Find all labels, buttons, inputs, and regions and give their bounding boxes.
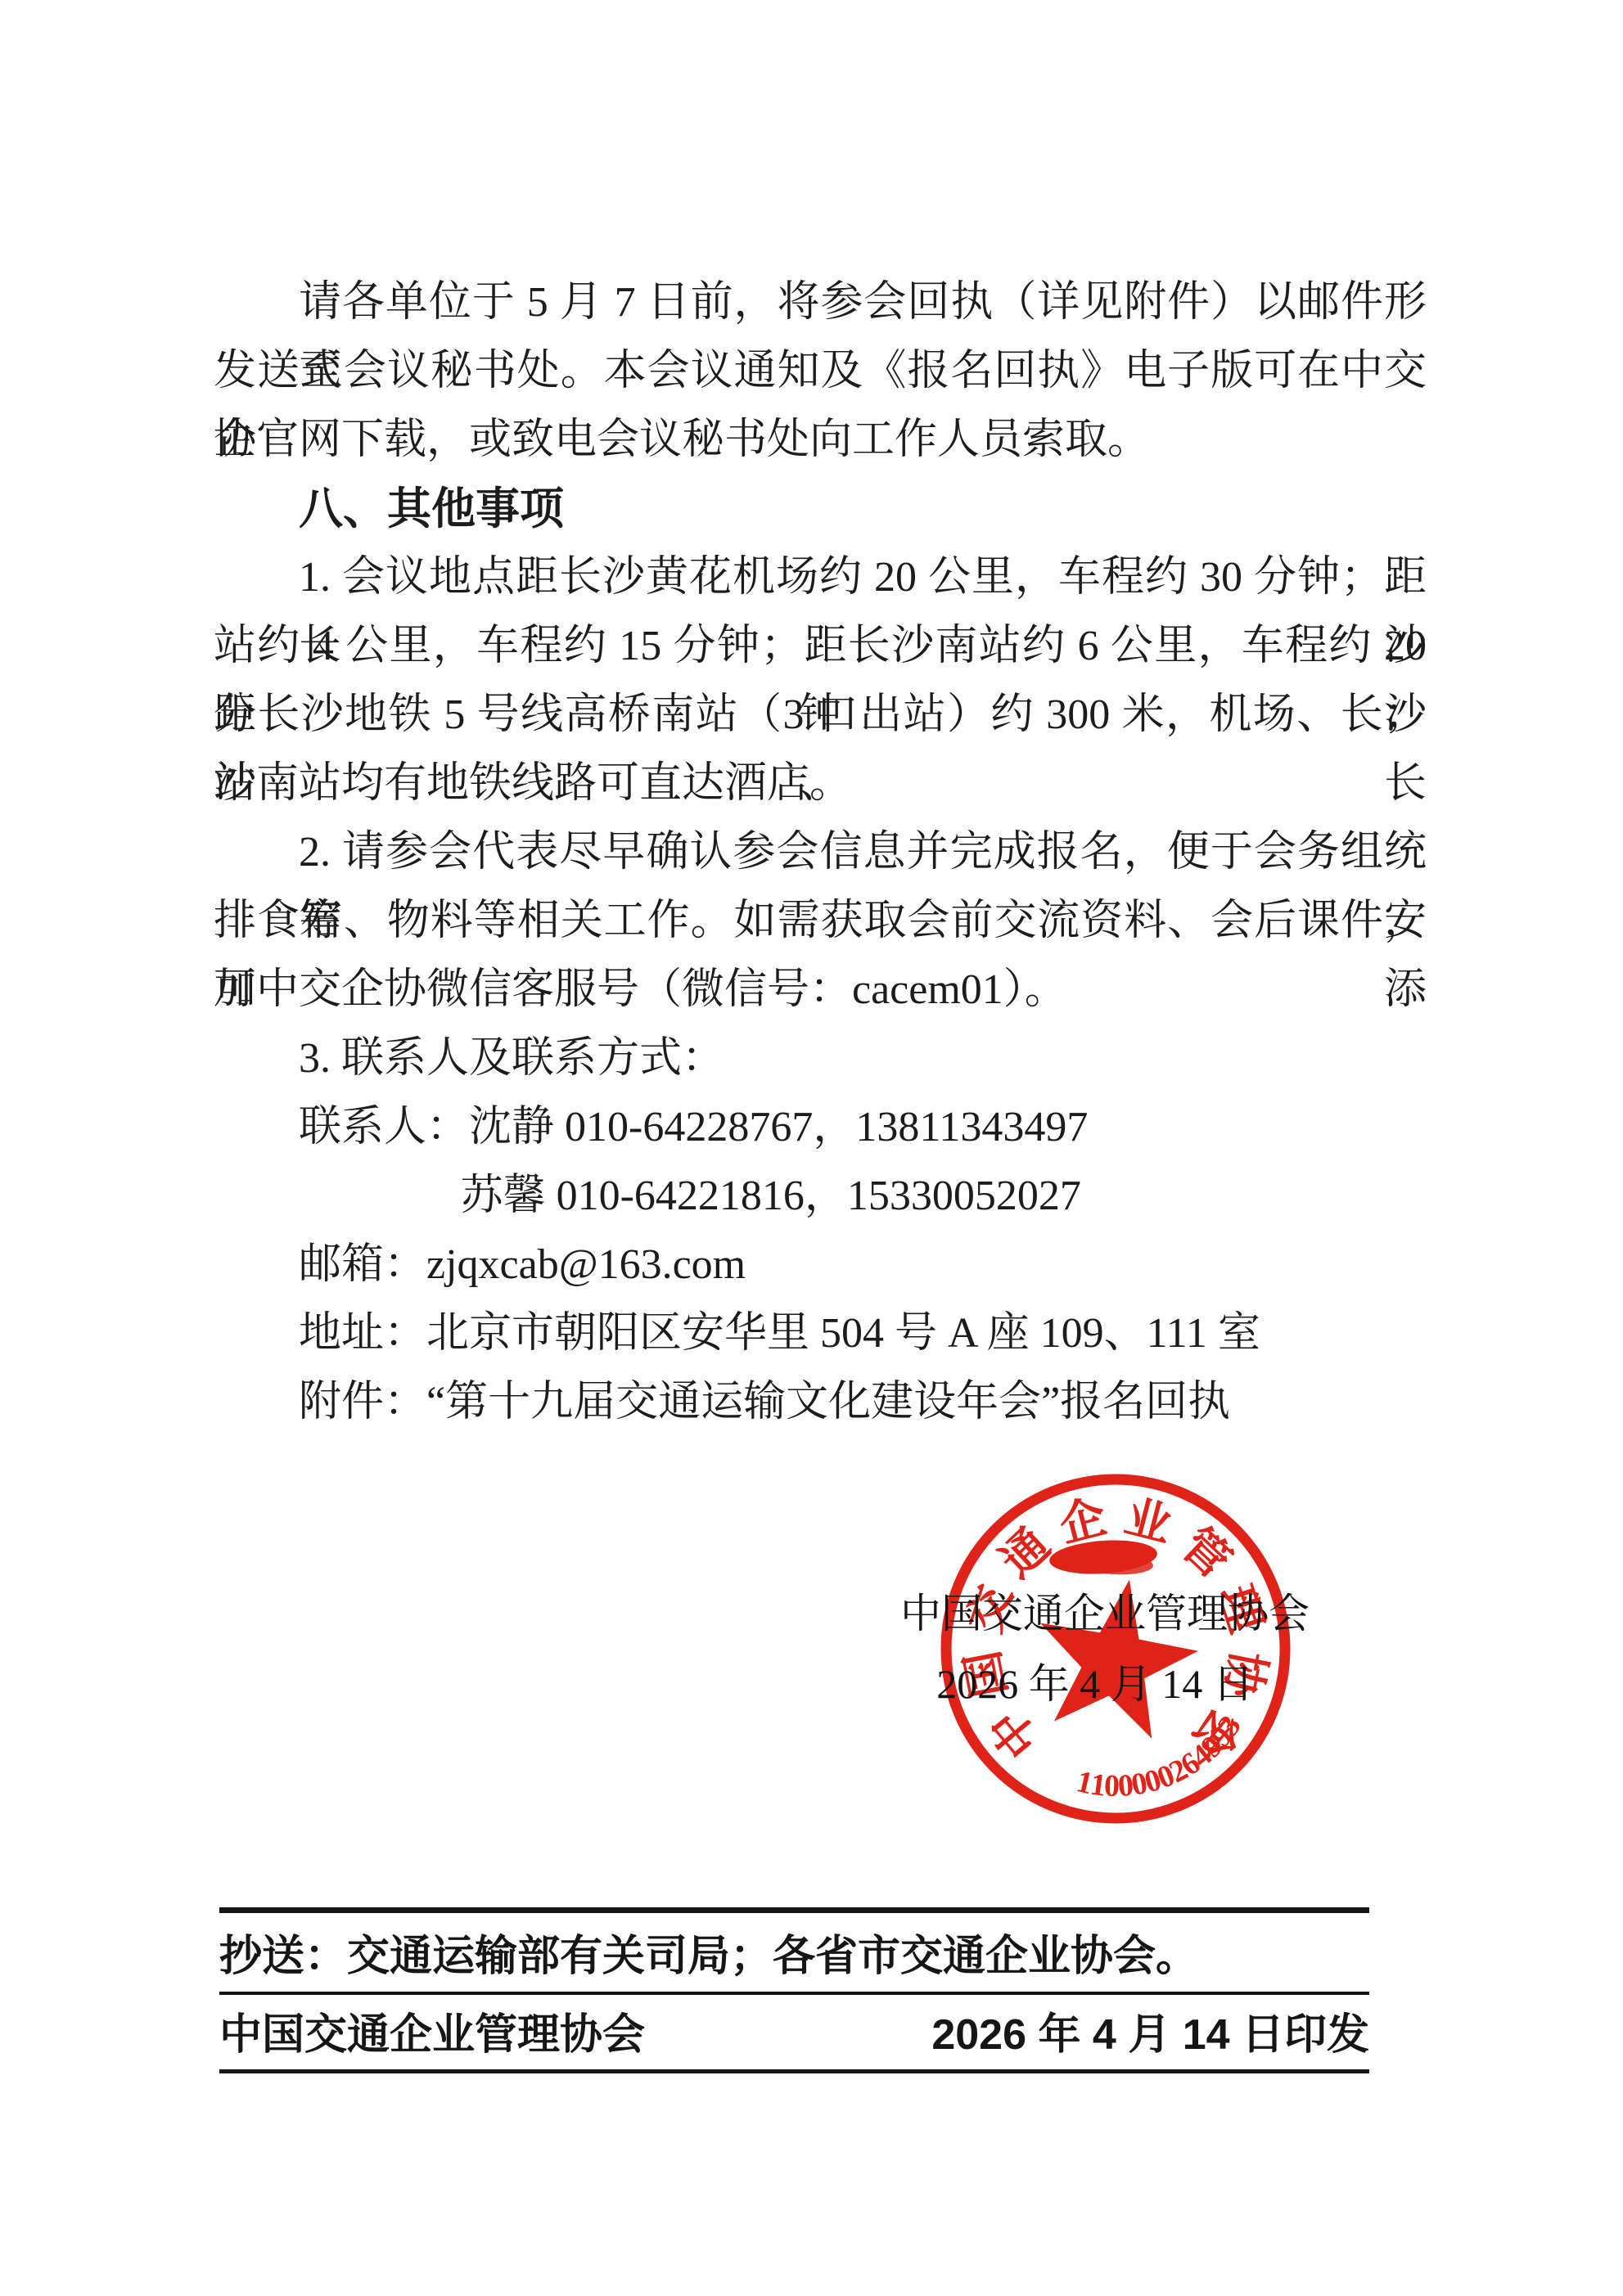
footer-separator-bottom [219, 2069, 1369, 2073]
body-line-3: 协官网下载，或致电会议秘书处向工作人员索取。 [214, 406, 1150, 475]
body-line-17: 附件：“第十九届交通运输文化建设年会”报名回执 [299, 1368, 1230, 1437]
body-line-8: 沙南站均有地铁线路可直达酒店。 [214, 750, 852, 818]
body-line-11: 加中交企协微信客服号（微信号：cacem01）。 [214, 956, 1067, 1024]
body-line-4: 八、其他事项 [299, 475, 564, 543]
issuer-row: 中国交通企业管理协会 2026 年 4 月 14 日印发 [219, 2001, 1369, 2069]
signature-org-name: 中国交通企业管理协会 [859, 1579, 1350, 1648]
signature-date: 2026 年 4 月 14 日 [850, 1650, 1341, 1718]
footer-separator-top [219, 1907, 1369, 1913]
body-line-12: 3. 联系人及联系方式： [299, 1024, 724, 1093]
body-line-14: 苏馨 010-64221816，15330052027 [461, 1162, 1081, 1231]
body-line-9: 2. 请参会代表尽早确认参会信息并完成报名，便于会务组统筹安 [299, 818, 1427, 887]
seal-serial-number: 1100000264993 [1073, 1709, 1248, 1803]
official-seal: 中国交通企业管理协会 1100000264993 [935, 1469, 1296, 1829]
issuer-org: 中国交通企业管理协会 [219, 2001, 645, 2069]
body-line-1: 请各单位于 5 月 7 日前，将参会回执（详见附件）以邮件形式 [299, 268, 1427, 337]
issue-date: 2026 年 4 月 14 日印发 [931, 2001, 1369, 2069]
body-line-7: 距长沙地铁 5 号线高桥南站（3 口出站）约 300 米，机场、长沙站、长 [214, 681, 1427, 750]
body-line-13: 联系人：沈静 010-64228767，13811343497 [299, 1093, 1088, 1162]
document-page: 请各单位于 5 月 7 日前，将参会回执（详见附件）以邮件形式发送至会议秘书处。… [0, 0, 1623, 2296]
body-line-6: 站约 4 公里，车程约 15 分钟；距长沙南站约 6 公里，车程约 20 分钟； [214, 612, 1427, 681]
body-line-2: 发送至会议秘书处。本会议通知及《报名回执》电子版可在中交企 [214, 337, 1427, 406]
footer-separator-middle [219, 1992, 1369, 1995]
body-line-16: 地址：北京市朝阳区安华里 504 号 A 座 109、111 室 [299, 1299, 1260, 1368]
body-line-15: 邮箱：zjqxcab@163.com [299, 1231, 746, 1299]
cc-line: 抄送：交通运输部有关司局；各省市交通企业协会。 [219, 1923, 1369, 1992]
body-line-10: 排食宿、物料等相关工作。如需获取会前交流资料、会后课件，可添 [214, 887, 1427, 956]
body-line-5: 1. 会议地点距长沙黄花机场约 20 公里，车程约 30 分钟；距长沙 [299, 543, 1427, 612]
